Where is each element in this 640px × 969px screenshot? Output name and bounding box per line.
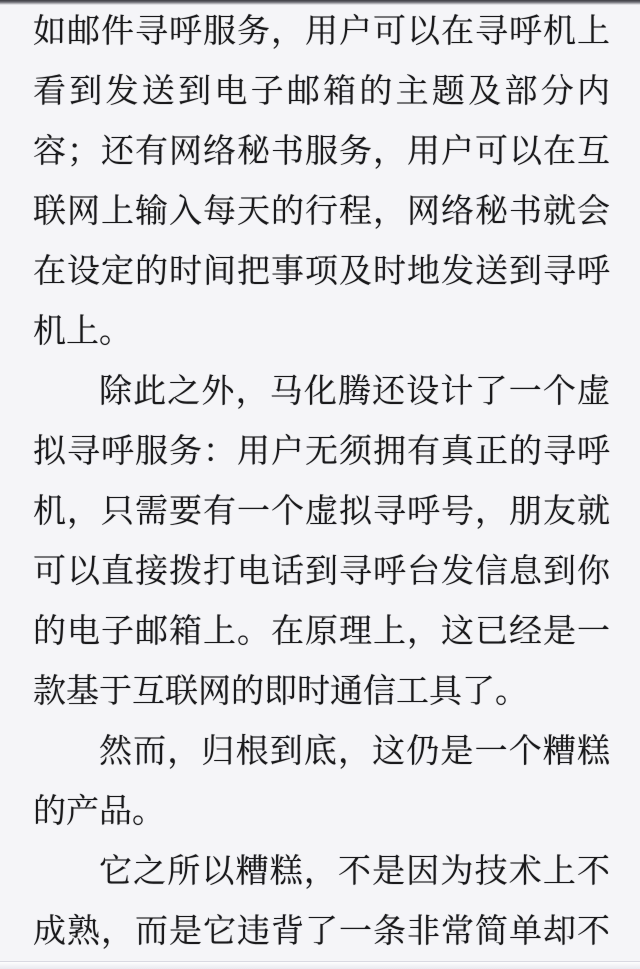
text-line: 然而，归根到底，这仍是一个糟糕 [33,722,610,782]
text-line: 拟寻呼服务：用户无须拥有真正的寻呼 [33,422,610,482]
text-line: 的产品。 [33,782,610,842]
paragraph: 除此之外，马化腾还设计了一个虚拟寻呼服务：用户无须拥有真正的寻呼机，只需要有一个… [33,362,610,722]
text-line: 可以直接拨打电话到寻呼台发信息到你 [33,542,610,602]
paragraph: 如邮件寻呼服务，用户可以在寻呼机上看到发送到电子邮箱的主题及部分内容；还有网络秘… [33,2,610,362]
text-line: 联网上输入每天的行程，网络秘书就会 [33,182,610,242]
text-line: 除此之外，马化腾还设计了一个虚 [33,362,610,422]
page-text-area: 如邮件寻呼服务，用户可以在寻呼机上看到发送到电子邮箱的主题及部分内容；还有网络秘… [33,2,610,962]
text-line: 在设定的时间把事项及时地发送到寻呼 [33,242,610,302]
text-line: 的电子邮箱上。在原理上，这已经是一 [33,602,610,662]
text-line: 如邮件寻呼服务，用户可以在寻呼机上 [33,2,610,62]
text-line: 款基于互联网的即时通信工具了。 [33,662,610,722]
text-line: 机，只需要有一个虚拟寻呼号，朋友就 [33,482,610,542]
paragraph: 它之所以糟糕，不是因为技术上不成熟，而是它违背了一条非常简单却不 [33,842,610,962]
bottom-page-edge [0,961,640,969]
ebook-page: 如邮件寻呼服务，用户可以在寻呼机上看到发送到电子邮箱的主题及部分内容；还有网络秘… [0,0,640,969]
text-line: 容；还有网络秘书服务，用户可以在互 [33,122,610,182]
text-line: 成熟，而是它违背了一条非常简单却不 [33,902,610,962]
text-line: 看到发送到电子邮箱的主题及部分内 [33,62,610,122]
text-line: 它之所以糟糕，不是因为技术上不 [33,842,610,902]
paragraph: 然而，归根到底，这仍是一个糟糕的产品。 [33,722,610,842]
text-line: 机上。 [33,302,610,362]
